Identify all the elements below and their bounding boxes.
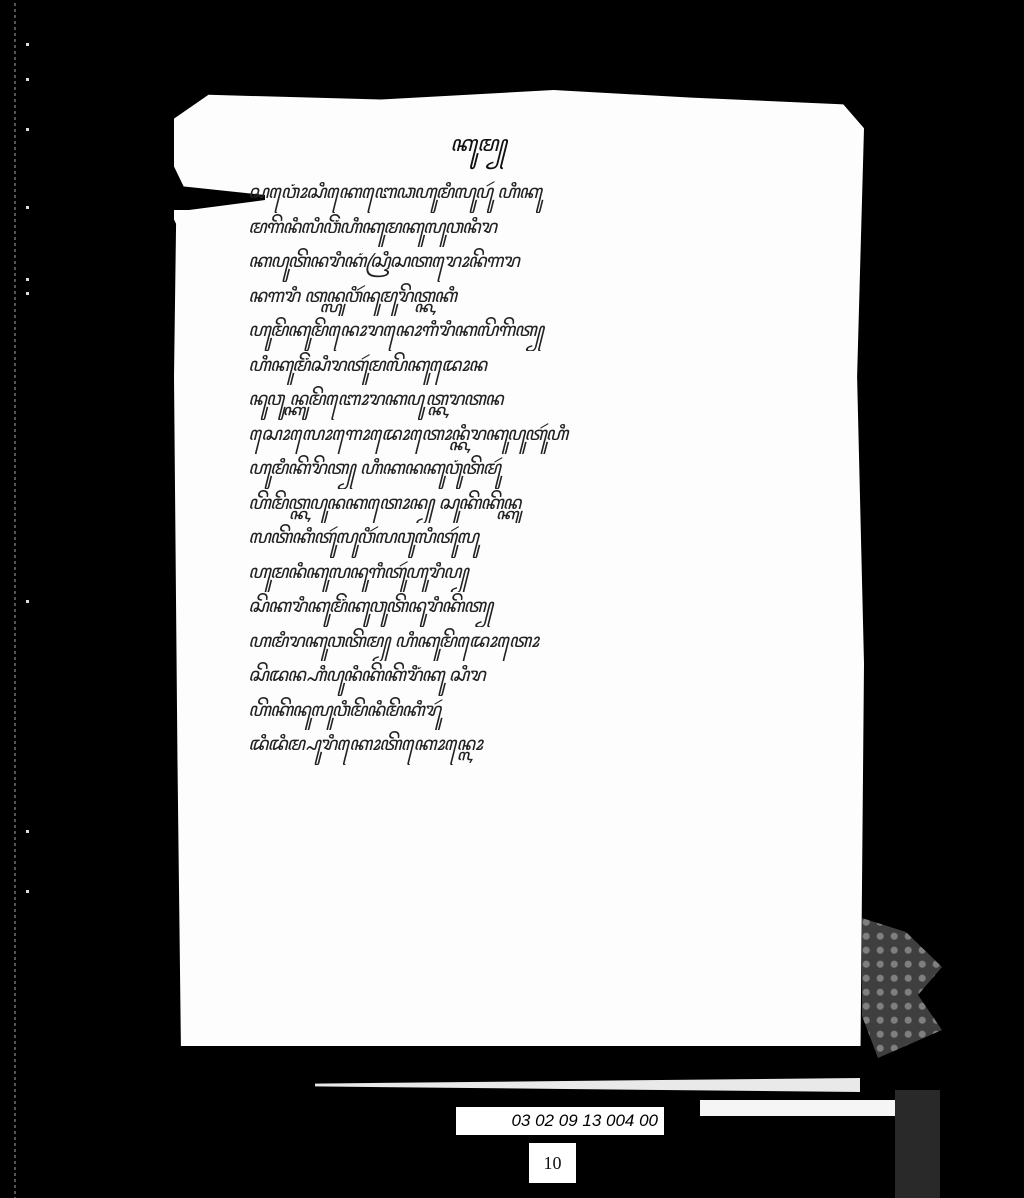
film-mark: [26, 78, 29, 81]
text-line: ꦲꦼꦩꦼꦠ꧀ꦏꦥꦸꦤꦏꦠꦺꦴꦤ꧀ ꦱꦸꦏꦼꦏꦼꦤ꧀ꦏꦸ: [248, 489, 808, 524]
manuscript-text: ꦱꦮꦺꦴꦁꦱꦶꦏꦺꦧꦺꦣꦲꦸꦩꦶꦭꦸꦥꦸꦂ ꦲꦶꦏꦸ ꦩꦒꦼꦤꦶꦭꦶꦮꦼꦁꦲꦶꦏ…: [248, 178, 808, 765]
line-text: ꦤꦸꦮꦸꦤ꧀ꦏꦸꦩꦼꦧꦺꦴꦫꦏꦥꦸꦠ꧀ꦏꦫꦠꦤ: [248, 388, 502, 410]
line-text: ꦲꦸꦩꦤꦶꦏꦸꦭꦤꦸꦒꦶꦠꦸꦂꦲꦸꦫꦶꦥ꧀: [248, 561, 468, 583]
line-text: ꦲꦼꦏꦼꦤꦸꦭꦸꦮꦶꦩꦼꦤꦶꦩꦼꦏꦶꦫꦸꦂ: [248, 699, 440, 721]
text-line: ꦢꦶꦢꦶꦩ꧀ꦥꦸꦫꦶꦏꦺꦴꦠꦼꦏꦺꦴꦤ꧀ꦭꦺꦴ: [248, 730, 808, 765]
text-line: ꦩꦒꦼꦤꦶꦭꦶꦮꦼꦁꦲꦶꦏꦸꦩꦏꦸꦭꦸꦮꦤꦶꦫ: [248, 213, 808, 248]
film-edge-perforation: [14, 0, 16, 1198]
fabric-binding: [862, 918, 942, 1058]
page-heading: ꦏꦸꦩ꧀: [450, 127, 507, 172]
text-line: ꦱꦺꦴꦭꦺꦴꦒꦺꦴꦢꦺꦴꦠꦺꦴꦤ꧀ꦏꦶꦫꦏꦸꦥꦸꦠꦸꦂꦲꦶ: [248, 420, 808, 455]
film-mark: [26, 890, 29, 893]
text-line: ꦱꦼꦏꦫꦶꦏꦸꦩꦼꦁꦏꦸꦮꦸꦠꦼꦤꦸꦫꦶꦏꦼꦠ꧀: [248, 592, 808, 627]
text-line: ꦲꦼꦏꦼꦤꦸꦭꦸꦮꦶꦩꦼꦤꦶꦩꦼꦏꦶꦫꦸꦂ: [248, 696, 808, 731]
line-text: ꦱꦼꦢꦤ꧀ꦲꦶꦥꦸꦤꦶꦏꦼꦏꦼꦫꦶꦁꦏꦸ ꦱꦶꦫ: [248, 664, 485, 686]
line-text: ꦲꦼꦩꦼꦠ꧀ꦏꦥꦸꦤꦏꦠꦺꦴꦤ꧀ ꦱꦸꦏꦼꦏꦼꦤ꧀ꦏꦸ: [248, 492, 520, 514]
line-text: ꦩꦒꦼꦤꦶꦭꦶꦮꦼꦁꦲꦶꦏꦸꦩꦏꦸꦭꦸꦮꦤꦶꦫ: [248, 216, 496, 238]
text-line: ꦲꦸꦩꦼꦏꦸꦩꦼꦤꦺꦴꦫꦤꦺꦴꦒꦶꦫꦶꦏꦭꦼꦒꦼꦠ꧀: [248, 316, 808, 351]
text-line: ꦱꦮꦺꦴꦁꦱꦶꦏꦺꦧꦺꦣꦲꦸꦩꦶꦭꦸꦥꦸꦂ ꦲꦶꦏꦸ: [248, 178, 808, 213]
text-line: ꦲꦩꦶꦫꦏꦸꦮꦠꦼꦩ꧀ ꦲꦶꦏꦸꦩꦼꦢꦺꦴꦠꦺꦴ: [248, 627, 808, 662]
text-line: ꦤꦒꦫꦶ ꦠꦤ꧀ꦭꦸꦮꦶꦂꦤꦸꦩꦸꦫꦼꦠ꧀ꦏꦏꦶ: [248, 282, 808, 317]
line-text: ꦤꦒꦫꦶ ꦠꦤ꧀ꦭꦸꦮꦶꦂꦤꦸꦩꦸꦫꦼꦠ꧀ꦏꦏꦶ: [248, 285, 456, 307]
film-mark: [26, 292, 29, 295]
line-text: ꦱꦼꦏꦫꦶꦏꦸꦩꦼꦁꦏꦸꦮꦸꦠꦼꦤꦸꦫꦶꦏꦼꦠ꧀: [248, 595, 492, 617]
film-mark: [26, 278, 29, 281]
page-number-label: 10: [529, 1143, 576, 1183]
film-mark: [26, 830, 29, 833]
line-text: ꦭꦠꦼꦏꦶꦠꦸꦂꦭꦸꦮꦶꦂꦭꦮꦸꦭꦶꦠꦸꦂꦭꦸ: [248, 526, 478, 548]
text-line: ꦲꦶꦏꦸꦩꦼꦁꦱꦶꦫꦠꦸꦂꦩꦭꦼꦏꦸꦢꦺꦴꦤ: [248, 351, 808, 386]
text-line: ꦲꦸꦩꦤꦶꦏꦸꦭꦤꦸꦒꦶꦠꦸꦂꦲꦸꦫꦶꦥ꧀: [248, 558, 808, 593]
line-text: ꦲꦸꦩꦶꦏꦼꦫꦼꦠ꧀ ꦲꦶꦏꦤꦏꦸꦮꦸꦁꦠꦼꦩꦸꦂ: [248, 457, 500, 479]
paper-strip: [700, 1100, 895, 1116]
text-line: ꦤꦸꦮꦸꦤ꧀ꦏꦸꦩꦼꦧꦺꦴꦫꦏꦥꦸꦠ꧀ꦏꦫꦠꦤ: [248, 385, 808, 420]
text-line: ꦱꦼꦢꦤ꧀ꦲꦶꦥꦸꦤꦶꦏꦼꦏꦼꦫꦶꦁꦏꦸ ꦱꦶꦫ: [248, 661, 808, 696]
film-mark: [26, 206, 29, 209]
line-text: ꦏꦥꦸꦠꦼꦤꦫꦶꦏꦁꦱꦿꦶꦱꦠꦫꦺꦴꦤꦼꦒꦫ: [248, 250, 519, 272]
line-text: ꦱꦮꦺꦴꦁꦱꦶꦏꦺꦧꦺꦣꦲꦸꦩꦶꦭꦸꦥꦸꦂ ꦲꦶꦏꦸ: [248, 181, 541, 203]
line-text: ꦲꦩꦶꦫꦏꦸꦮꦠꦼꦩ꧀ ꦲꦶꦏꦸꦩꦼꦢꦺꦴꦠꦺꦴ: [248, 630, 538, 652]
paper-strip: [315, 1078, 860, 1092]
catalog-id-label: 03 02 09 13 004 00: [456, 1107, 664, 1135]
line-text: ꦢꦶꦢꦶꦩ꧀ꦥꦸꦫꦶꦏꦺꦴꦠꦼꦏꦺꦴꦤ꧀ꦭꦺꦴ: [248, 733, 482, 755]
line-text: ꦲꦸꦩꦼꦏꦸꦩꦼꦤꦺꦴꦫꦤꦺꦴꦒꦶꦫꦶꦏꦭꦼꦒꦼꦠ꧀: [248, 319, 543, 341]
fabric-binding: [895, 1090, 940, 1198]
film-mark: [26, 128, 29, 131]
line-text: ꦱꦺꦴꦭꦺꦴꦒꦺꦴꦢꦺꦴꦠꦺꦴꦤ꧀ꦏꦶꦫꦏꦸꦥꦸꦠꦸꦂꦲꦶ: [248, 423, 567, 445]
line-text: ꦲꦶꦏꦸꦩꦼꦁꦱꦶꦫꦠꦸꦂꦩꦭꦼꦏꦸꦢꦺꦴꦤ: [248, 354, 486, 376]
text-line: ꦲꦸꦩꦶꦏꦼꦫꦼꦠ꧀ ꦲꦶꦏꦤꦏꦸꦮꦸꦁꦠꦼꦩꦸꦂ: [248, 454, 808, 489]
text-line: ꦏꦥꦸꦠꦼꦤꦫꦶꦏꦁꦱꦿꦶꦱꦠꦫꦺꦴꦤꦼꦒꦫ: [248, 247, 808, 282]
text-line: ꦭꦠꦼꦏꦶꦠꦸꦂꦭꦸꦮꦶꦂꦭꦮꦸꦭꦶꦠꦸꦂꦭꦸ: [248, 523, 808, 558]
film-mark: [26, 600, 29, 603]
film-mark: [26, 43, 29, 46]
